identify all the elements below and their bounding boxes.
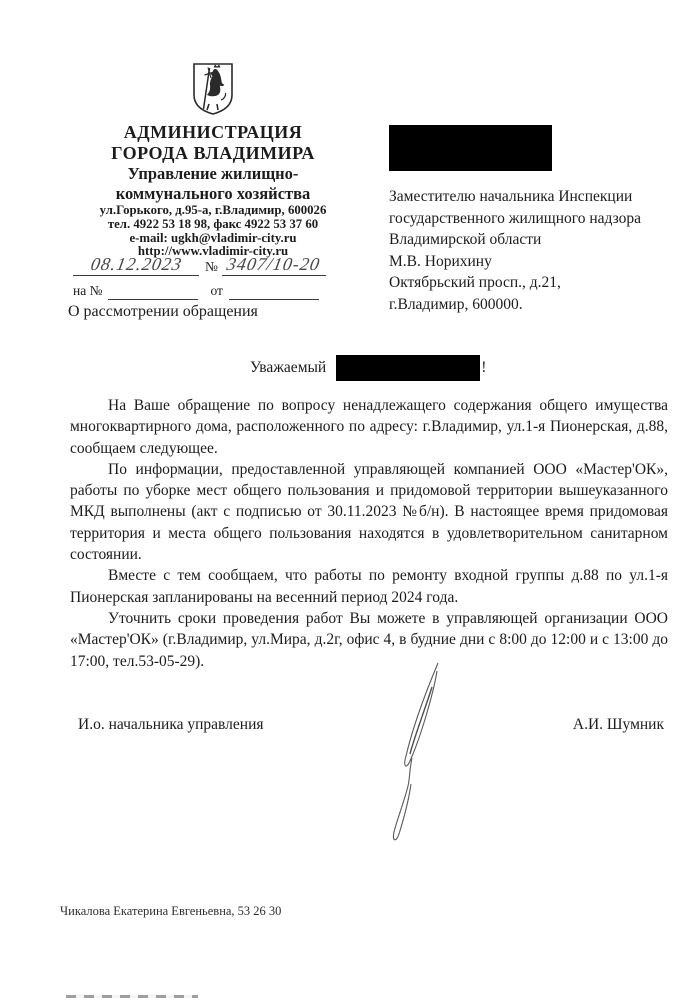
salutation-suffix: ! bbox=[481, 359, 486, 377]
executor-contact: Чикалова Екатерина Евгеньевна, 53 26 30 bbox=[60, 904, 281, 919]
recipient-line: Октябрьский просп., д.21, bbox=[389, 272, 679, 294]
signer-name: А.И. Шумник bbox=[573, 716, 664, 734]
reply-to-label: на № bbox=[73, 283, 102, 300]
body-paragraph: По информации, предоставленной управляющ… bbox=[70, 459, 668, 565]
body-paragraph: На Ваше обращение по вопросу ненадлежаще… bbox=[70, 395, 668, 459]
scan-artifact bbox=[66, 995, 198, 998]
redaction-box bbox=[336, 355, 480, 381]
salutation-line: Уважаемый ! bbox=[250, 355, 486, 381]
body-paragraph: Уточнить сроки проведения работ Вы может… bbox=[70, 608, 668, 672]
outgoing-date-field: 08.12.2023 bbox=[73, 254, 199, 276]
outgoing-ref-row: 08.12.2023 № 3407/10-20 bbox=[73, 252, 327, 276]
org-name-line2: ГОРОДА ВЛАДИМИРА bbox=[68, 143, 358, 164]
letter-subject: О рассмотрении обращения bbox=[68, 303, 258, 321]
letterhead-phone: тел. 4922 53 18 98, факс 4922 53 37 60 bbox=[68, 218, 358, 232]
body-paragraph: Вместе с тем сообщаем, что работы по рем… bbox=[70, 565, 668, 608]
signature-row: И.о. начальника управления А.И. Шумник bbox=[78, 716, 664, 734]
org-name-line1: АДМИНИСТРАЦИЯ bbox=[68, 122, 358, 143]
number-sign: № bbox=[199, 259, 222, 276]
incoming-ref-row: на № от bbox=[73, 278, 327, 300]
letterhead: АДМИНИСТРАЦИЯ ГОРОДА ВЛАДИМИРА Управлени… bbox=[68, 62, 358, 259]
handwritten-number: 3407/10-20 bbox=[226, 254, 323, 275]
signer-position: И.о. начальника управления bbox=[78, 716, 264, 734]
letterhead-email: e-mail: ugkh@vladimir-city.ru bbox=[68, 232, 358, 246]
dept-name-line1: Управление жилищно- bbox=[68, 164, 358, 184]
dept-name-line2: коммунального хозяйства bbox=[68, 184, 358, 204]
recipient-block: Заместителю начальника Инспекции государ… bbox=[389, 125, 679, 315]
scanned-letter-page: АДМИНИСТРАЦИЯ ГОРОДА ВЛАДИМИРА Управлени… bbox=[0, 0, 700, 1000]
reference-block: 08.12.2023 № 3407/10-20 на № от bbox=[73, 252, 327, 300]
recipient-line: государственного жилищного надзора bbox=[389, 208, 679, 230]
outgoing-number-field: 3407/10-20 bbox=[222, 254, 326, 276]
recipient-line: г.Владимир, 600000. bbox=[389, 294, 679, 316]
vladimir-coat-of-arms-icon bbox=[68, 62, 358, 122]
recipient-line: Владимирской области bbox=[389, 229, 679, 251]
letterhead-address: ул.Горького, д.95-а, г.Владимир, 600026 bbox=[68, 204, 358, 218]
signature-autograph bbox=[386, 660, 450, 851]
salutation-prefix: Уважаемый bbox=[250, 359, 326, 377]
letter-body: На Ваше обращение по вопросу ненадлежаще… bbox=[70, 395, 668, 672]
reply-from-label: от bbox=[210, 283, 222, 300]
recipient-line: М.В. Норихину bbox=[389, 251, 679, 273]
reply-number-blank bbox=[108, 284, 198, 300]
redaction-box bbox=[389, 125, 552, 171]
handwritten-date: 08.12.2023 bbox=[89, 254, 184, 275]
recipient-line: Заместителю начальника Инспекции bbox=[389, 186, 679, 208]
reply-date-blank bbox=[229, 284, 319, 300]
